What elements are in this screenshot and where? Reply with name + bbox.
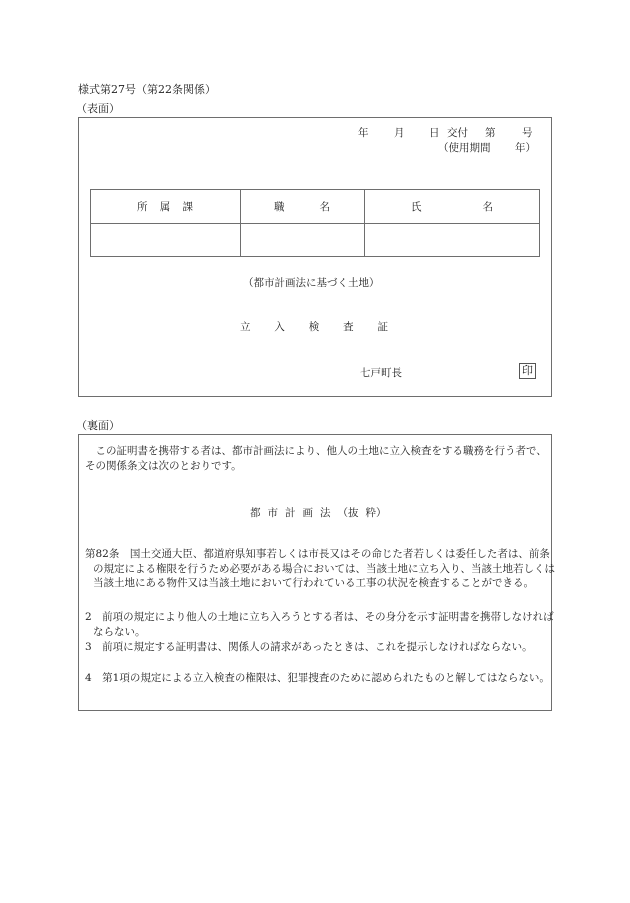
- validity-year-suffix: 年）: [515, 140, 536, 155]
- table-cell-department[interactable]: [90, 224, 240, 257]
- header-char: 課: [183, 199, 194, 214]
- front-side-box: [78, 117, 552, 397]
- article-82-paragraph-2: 2 前項の規定により他人の土地に立ち入ろうとする者は、その身分を示す証明書を携帯…: [85, 610, 557, 639]
- issue-day-label: 日: [429, 125, 440, 140]
- issuer-name: 七戸町長: [360, 365, 402, 380]
- front-side-label: （表面）: [76, 100, 120, 116]
- table-header-position: 職 名: [240, 189, 364, 223]
- back-side-label: （裏面）: [76, 417, 120, 433]
- form-number: 様式第27号（第22条関係）: [78, 81, 216, 97]
- law-title-char: 粋）: [366, 505, 387, 520]
- law-title-char: 都: [250, 505, 261, 520]
- header-char: 氏: [411, 199, 422, 214]
- certificate-title: 立 入 検 査 証: [240, 319, 388, 334]
- issue-month-label: 月: [394, 125, 405, 140]
- table-header-department: 所 属 課: [90, 189, 240, 223]
- issue-year-label: 年: [358, 125, 369, 140]
- issued-label: 交付: [447, 125, 468, 140]
- law-title-char: 法: [320, 505, 331, 520]
- title-char: 検: [309, 319, 320, 334]
- law-title-char: 画: [303, 505, 314, 520]
- number-prefix-label: 第: [485, 125, 496, 140]
- law-title-char: 計: [285, 505, 296, 520]
- article-82-paragraph-3: 3 前項に規定する証明書は、関係人の請求があったときは、これを提示しなければなら…: [85, 640, 557, 655]
- law-title-char: 市: [268, 505, 279, 520]
- title-char: 立: [240, 319, 251, 334]
- law-excerpt-title: 都 市 計 画 法 （抜 粋）: [250, 505, 387, 520]
- header-char: 名: [483, 199, 494, 214]
- table-header-name: 氏 名: [364, 189, 540, 223]
- number-suffix-label: 号: [522, 125, 533, 140]
- seal-stamp: 印: [519, 363, 536, 379]
- table-cell-position[interactable]: [240, 224, 364, 257]
- certificate-subtitle: （都市計画法に基づく土地）: [243, 275, 380, 290]
- title-char: 証: [378, 319, 389, 334]
- validity-label: （使用期間: [438, 140, 491, 155]
- law-title-char: （抜: [338, 505, 359, 520]
- header-char: 所: [137, 199, 148, 214]
- header-char: 名: [320, 199, 331, 214]
- table-cell-name[interactable]: [364, 224, 540, 257]
- article-82: 第82条 国土交通大臣、都道府県知事若しくは市長又はその命じた者若しくは委任した…: [85, 547, 557, 591]
- title-char: 査: [343, 319, 354, 334]
- article-82-paragraph-4: 4 第1項の規定による立入検査の権限は、犯罪捜査のために認められたものと解しては…: [85, 671, 557, 686]
- header-char: 職: [274, 199, 285, 214]
- header-char: 属: [160, 199, 171, 214]
- intro-paragraph: この証明書を携帯する者は、都市計画法により、他人の土地に立入検査をする職務を行う…: [85, 444, 547, 473]
- title-char: 入: [274, 319, 285, 334]
